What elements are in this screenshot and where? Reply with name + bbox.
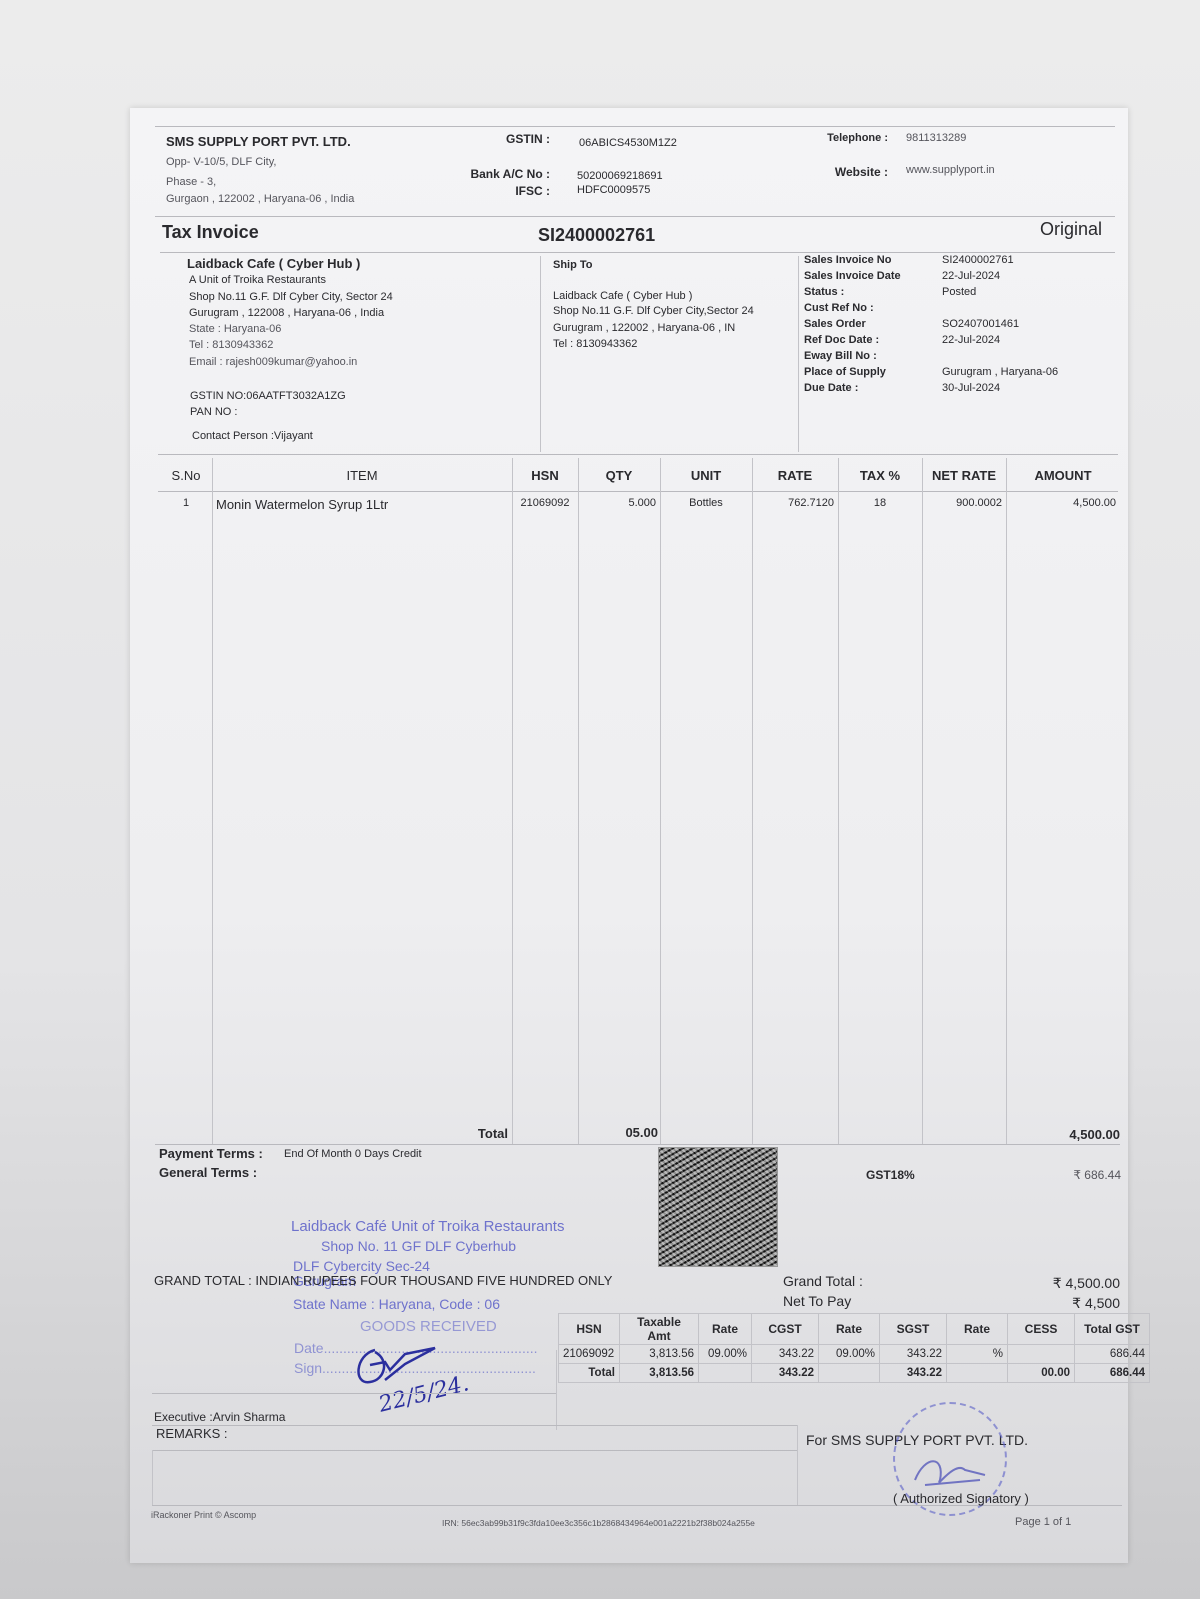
table-cell: CESS — [1008, 1314, 1075, 1345]
ship-to-line: Laidback Cafe ( Cyber Hub ) — [553, 290, 692, 302]
table-cell: 1 — [164, 497, 208, 509]
detail-label: Sales Order — [804, 318, 866, 330]
table-cell: 09.00% — [699, 1345, 752, 1364]
gst-label: GST18% — [866, 1168, 915, 1182]
table-cell: % — [947, 1345, 1008, 1364]
seller-name: SMS SUPPLY PORT PVT. LTD. — [166, 134, 351, 149]
table-cell: 3,813.56 — [620, 1345, 699, 1364]
table-cell — [699, 1364, 752, 1383]
stamp-line: Shop No. 11 GF DLF Cyberhub — [321, 1238, 516, 1254]
detail-value: 22-Jul-2024 — [942, 270, 1000, 282]
bill-to-name: Laidback Cafe ( Cyber Hub ) — [187, 256, 360, 271]
divider — [578, 458, 579, 1144]
invoice-number-heading: SI2400002761 — [538, 225, 655, 246]
bill-to-line: Shop No.11 G.F. Dlf Cyber City, Sector 2… — [189, 291, 393, 303]
amount-in-words: GRAND TOTAL : INDIAN RUPEES FOUR THOUSAN… — [154, 1273, 612, 1288]
table-row: 210690923,813.5609.00%343.2209.00%343.22… — [559, 1345, 1150, 1364]
telephone-label: Telephone : — [780, 132, 888, 144]
authorized-signature-icon — [905, 1450, 995, 1495]
gst-breakup-table: HSNTaxable AmtRateCGSTRateSGSTRateCESSTo… — [558, 1313, 1150, 1383]
bill-to-gstin: GSTIN NO:06AATFT3032A1ZG — [190, 390, 346, 402]
table-cell: Total GST — [1075, 1314, 1150, 1345]
website-label: Website : — [780, 165, 888, 179]
gst-value: ₹ 686.44 — [1000, 1168, 1121, 1182]
table-cell: CGST — [752, 1314, 819, 1345]
divider — [152, 1393, 557, 1394]
seller-gstin: 06ABICS4530M1Z2 — [579, 137, 677, 149]
document-title: Tax Invoice — [162, 222, 259, 243]
ifsc-label: IFSC : — [440, 184, 550, 198]
divider — [1006, 458, 1007, 1144]
divider — [512, 458, 513, 1144]
ship-to-line: Shop No.11 G.F. Dlf Cyber City,Sector 24 — [553, 305, 754, 317]
ship-to-line: Gurugram , 122002 , Haryana-06 , IN — [553, 322, 735, 334]
divider — [152, 1450, 797, 1451]
seller-address-1: Opp- V-10/5, DLF City, — [166, 156, 276, 168]
table-cell: 21069092 — [559, 1345, 620, 1364]
table-cell: Rate — [699, 1314, 752, 1345]
seller-address-3: Gurgaon , 122002 , Haryana-06 , India — [166, 193, 354, 205]
ship-to-line: Tel : 8130943362 — [553, 338, 637, 350]
table-cell: SGST — [880, 1314, 947, 1345]
table-cell: Bottles — [664, 497, 748, 509]
ship-to-label: Ship To — [553, 259, 593, 271]
column-header: HSN — [512, 468, 578, 483]
copy-type: Original — [1040, 219, 1102, 240]
table-cell: 900.0002 — [926, 497, 1002, 509]
table-cell: 343.22 — [880, 1345, 947, 1364]
qr-code — [658, 1147, 778, 1267]
gstin-label: GSTIN : — [440, 132, 550, 146]
bill-to-line: Gurugram , 122008 , Haryana-06 , India — [189, 307, 384, 319]
grand-total-label: Grand Total : — [783, 1273, 863, 1289]
bill-to-line: State : Haryana-06 — [189, 323, 281, 335]
detail-value: SI2400002761 — [942, 254, 1014, 266]
website-link[interactable]: www.supplyport.in — [906, 164, 995, 176]
detail-value: Posted — [942, 286, 976, 298]
column-header: ITEM — [212, 468, 512, 483]
table-header-row: HSNTaxable AmtRateCGSTRateSGSTRateCESSTo… — [559, 1314, 1150, 1345]
table-cell: HSN — [559, 1314, 620, 1345]
divider — [660, 458, 661, 1144]
table-cell: 4,500.00 — [1010, 497, 1116, 509]
stamp-line: State Name : Haryana, Code : 06 — [293, 1296, 500, 1312]
divider — [838, 458, 839, 1144]
table-cell: 343.22 — [752, 1364, 819, 1383]
column-header: NET RATE — [922, 468, 1006, 483]
divider — [155, 1144, 1120, 1145]
divider — [152, 1425, 797, 1426]
detail-label: Due Date : — [804, 382, 858, 394]
column-header: UNIT — [660, 468, 752, 483]
divider — [752, 458, 753, 1144]
table-cell: Monin Watermelon Syrup 1Ltr — [216, 497, 508, 512]
net-to-pay-label: Net To Pay — [783, 1293, 851, 1309]
divider — [212, 458, 213, 1144]
table-cell: 343.22 — [880, 1364, 947, 1383]
general-terms-label: General Terms : — [159, 1165, 257, 1180]
divider — [152, 1450, 153, 1505]
payment-terms-label: Payment Terms : — [159, 1146, 263, 1161]
table-cell: 21069092 — [516, 497, 574, 509]
detail-value: 30-Jul-2024 — [942, 382, 1000, 394]
table-cell: 3,813.56 — [620, 1364, 699, 1383]
column-header: AMOUNT — [1006, 468, 1120, 483]
net-to-pay-value: ₹ 4,500 — [990, 1295, 1120, 1312]
remarks-label: REMARKS : — [156, 1426, 228, 1441]
table-cell — [1008, 1345, 1075, 1364]
items-total-amount: 4,500.00 — [1000, 1127, 1120, 1142]
payment-terms-value: End Of Month 0 Days Credit — [284, 1148, 422, 1160]
column-header: TAX % — [838, 468, 922, 483]
invoice-sheet: SMS SUPPLY PORT PVT. LTD. Opp- V-10/5, D… — [0, 0, 1200, 1599]
divider — [797, 1425, 798, 1505]
items-total-qty: 05.00 — [580, 1125, 658, 1140]
divider — [160, 252, 1115, 253]
table-cell: 686.44 — [1075, 1345, 1150, 1364]
detail-value: Gurugram , Haryana-06 — [942, 366, 1058, 378]
seller-address-2: Phase - 3, — [166, 176, 216, 188]
bill-to-line: Tel : 8130943362 — [189, 339, 273, 351]
detail-label: Ref Doc Date : — [804, 334, 879, 346]
divider — [158, 454, 1118, 455]
detail-label: Eway Bill No : — [804, 350, 877, 362]
table-cell: 18 — [842, 497, 918, 509]
divider — [556, 1350, 557, 1430]
table-cell — [947, 1364, 1008, 1383]
detail-label: Sales Invoice No — [804, 254, 891, 266]
bill-to-line: A Unit of Troika Restaurants — [189, 274, 326, 286]
software-credit: iRackoner Print © Ascomp — [151, 1510, 256, 1520]
divider — [155, 126, 1115, 127]
divider — [158, 491, 1118, 492]
page-number: Page 1 of 1 — [1015, 1516, 1071, 1528]
stamp-line: Laidback Café Unit of Troika Restaurants — [291, 1218, 564, 1235]
table-cell: Rate — [947, 1314, 1008, 1345]
column-header: RATE — [752, 468, 838, 483]
table-cell: 5.000 — [582, 497, 656, 509]
authorized-signatory: ( Authorized Signatory ) — [893, 1491, 1029, 1506]
stamp-line: DLF Cybercity Sec-24 — [293, 1258, 430, 1274]
table-cell: 00.00 — [1008, 1364, 1075, 1383]
table-cell: Taxable Amt — [620, 1314, 699, 1345]
bill-to-email: Email : rajesh009kumar@yahoo.in — [189, 356, 357, 368]
bill-to-pan: PAN NO : — [190, 406, 237, 418]
column-header: QTY — [578, 468, 660, 483]
table-cell: Rate — [819, 1314, 880, 1345]
bill-to-contact: Contact Person :Vijayant — [192, 430, 313, 442]
detail-value: SO2407001461 — [942, 318, 1019, 330]
detail-label: Sales Invoice Date — [804, 270, 901, 282]
divider — [922, 458, 923, 1144]
total-row: Total3,813.56343.22343.2200.00686.44 — [559, 1364, 1150, 1383]
ifsc-code: HDFC0009575 — [577, 184, 650, 196]
detail-value: 22-Jul-2024 — [942, 334, 1000, 346]
divider — [798, 256, 799, 452]
divider — [155, 216, 1115, 217]
telephone: 9811313289 — [906, 132, 966, 144]
table-cell: Total — [559, 1364, 620, 1383]
table-cell: 686.44 — [1075, 1364, 1150, 1383]
table-cell: 762.7120 — [756, 497, 834, 509]
bank-account: 50200069218691 — [577, 170, 663, 182]
stamp-goods-received: GOODS RECEIVED — [360, 1318, 497, 1335]
detail-label: Cust Ref No : — [804, 302, 874, 314]
detail-label: Status : — [804, 286, 844, 298]
executive-name: Executive :Arvin Sharma — [154, 1410, 285, 1424]
divider — [540, 256, 541, 452]
items-total-label: Total — [420, 1126, 508, 1141]
table-cell: 343.22 — [752, 1345, 819, 1364]
grand-total-value: ₹ 4,500.00 — [990, 1275, 1120, 1292]
column-header: S.No — [160, 468, 212, 483]
irn-number: IRN: 56ec3ab99b31f9c3fda10ee3c356c1b2868… — [442, 1518, 755, 1528]
bank-label: Bank A/C No : — [440, 167, 550, 181]
table-cell: 09.00% — [819, 1345, 880, 1364]
table-cell — [819, 1364, 880, 1383]
detail-label: Place of Supply — [804, 366, 886, 378]
